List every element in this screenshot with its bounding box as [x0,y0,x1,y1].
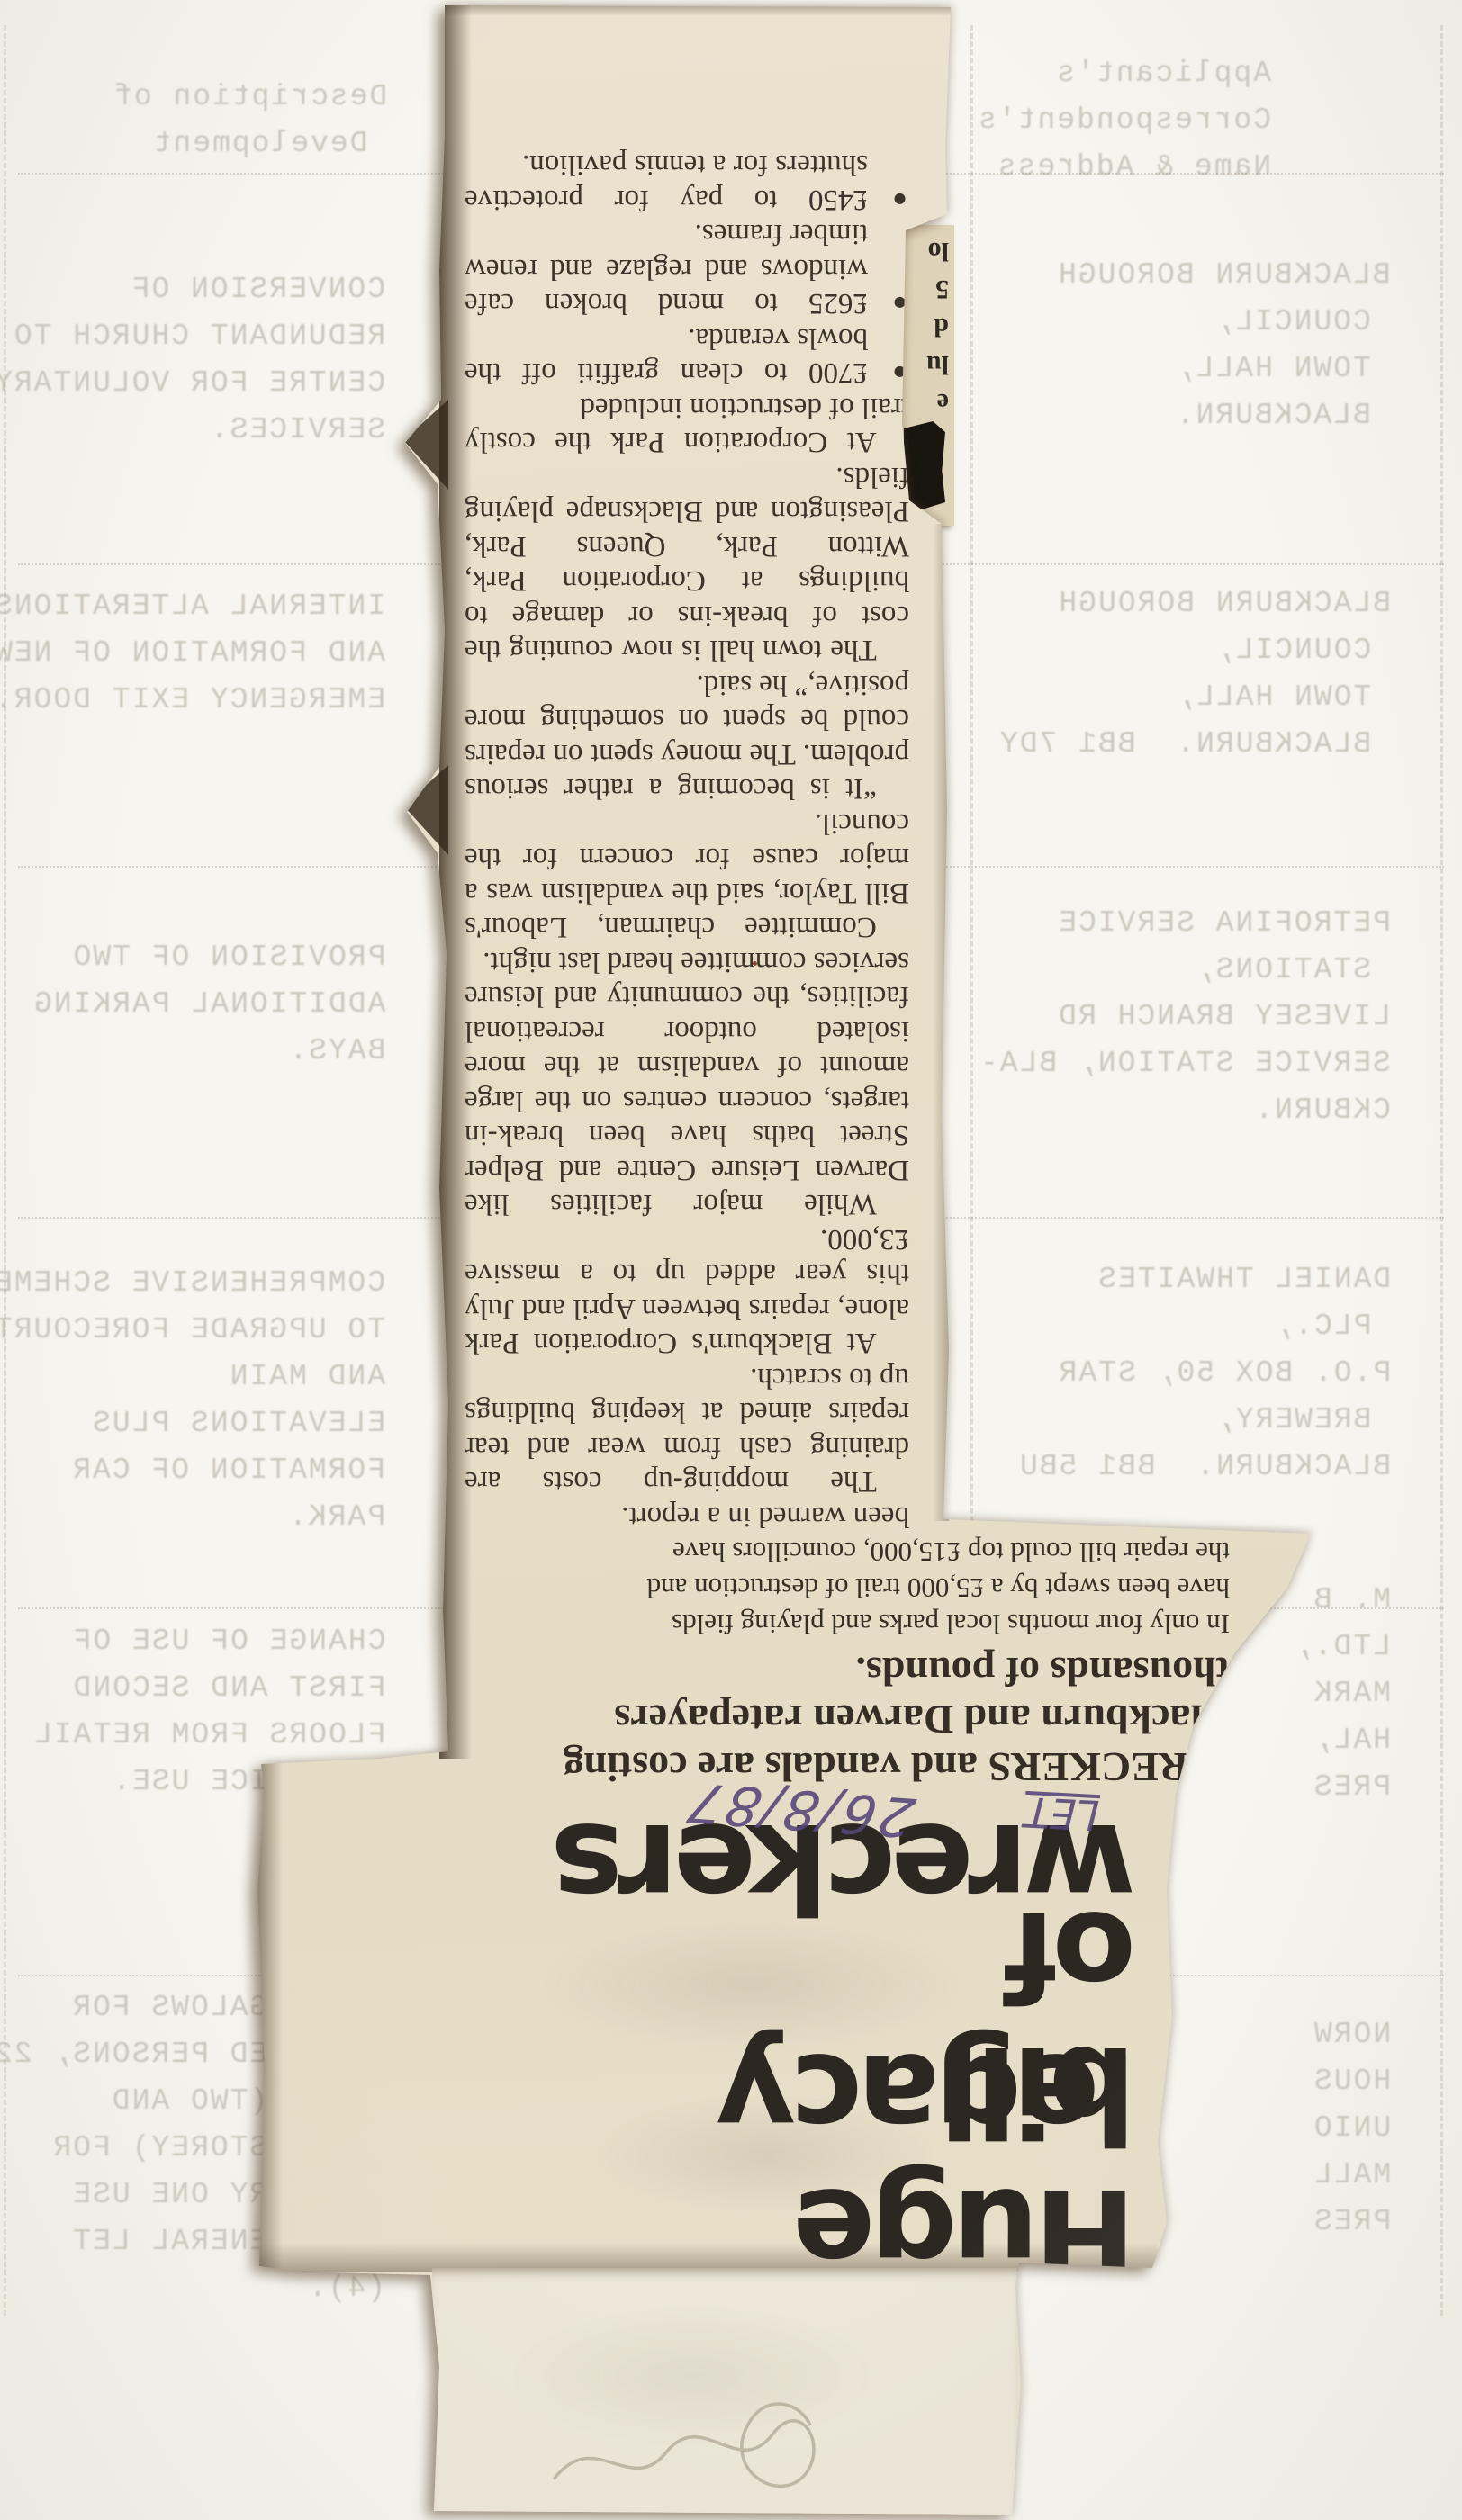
bullet-text: £700 to clean graffiti off the bowls ver… [465,322,868,390]
handwritten-initials: LET [954,1751,1102,1840]
paper-speck [1133,382,1137,386]
article-paragraph: At Corporation Park the costly trail of … [465,391,909,460]
bullet-text: £450 to pay for protective shutters for … [465,149,868,217]
torn-edge-shadow [256,1755,283,2272]
article-paragraph: At Blackburn's Corporation Park alone, r… [465,1222,909,1361]
article-paragraph: While major facilities like Darwen Leisu… [465,945,909,1222]
bullet-icon: ● [892,355,907,390]
pen-squiggle [531,2340,873,2515]
bullet-text: £625 to mend broken cafe windows and reg… [465,219,868,320]
article-paragraph: The mopping-up costs are draining cash f… [465,1361,909,1499]
headline-line-1: Huge bill [618,2155,1136,2303]
handwritten-date: 26/8/87 [619,1726,928,1849]
paper-speck [1021,270,1026,275]
article-bullet: ● £450 to pay for protective shutters fo… [465,148,909,217]
article-paragraph: “It is becoming a rather serious problem… [465,668,909,806]
article-paragraph: Committee chairman, Labour's Bill Taylor… [465,806,909,945]
scanned-register-page: Applicant's Correspondent's Name & Addre… [0,0,1462,2520]
newspaper-clipping: been warned in a report. The mopping-up … [0,0,1462,2520]
paper-speck [753,961,757,966]
article-body: been warned in a report. The mopping-up … [465,4,909,1534]
article-bullet: ● £625 to mend broken cafe windows and r… [465,217,909,321]
clipping-paper: been warned in a report. The mopping-up … [0,0,1462,2520]
intro-paragraph: In only four months local parks and play… [466,1534,1230,1642]
paper-speck [810,576,814,580]
tear-notch [403,400,448,490]
bullet-icon: ● [892,285,907,320]
article-bullet: ● £700 to clean graffiti off the bowls v… [465,321,909,391]
bullet-icon: ● [892,182,907,217]
article-paragraph: The town hall is now counting the cost o… [465,460,909,668]
torn-edge-shadow [933,524,949,1521]
tear-notch [403,765,448,855]
headline-line-2: legacy of [618,2020,1136,2168]
